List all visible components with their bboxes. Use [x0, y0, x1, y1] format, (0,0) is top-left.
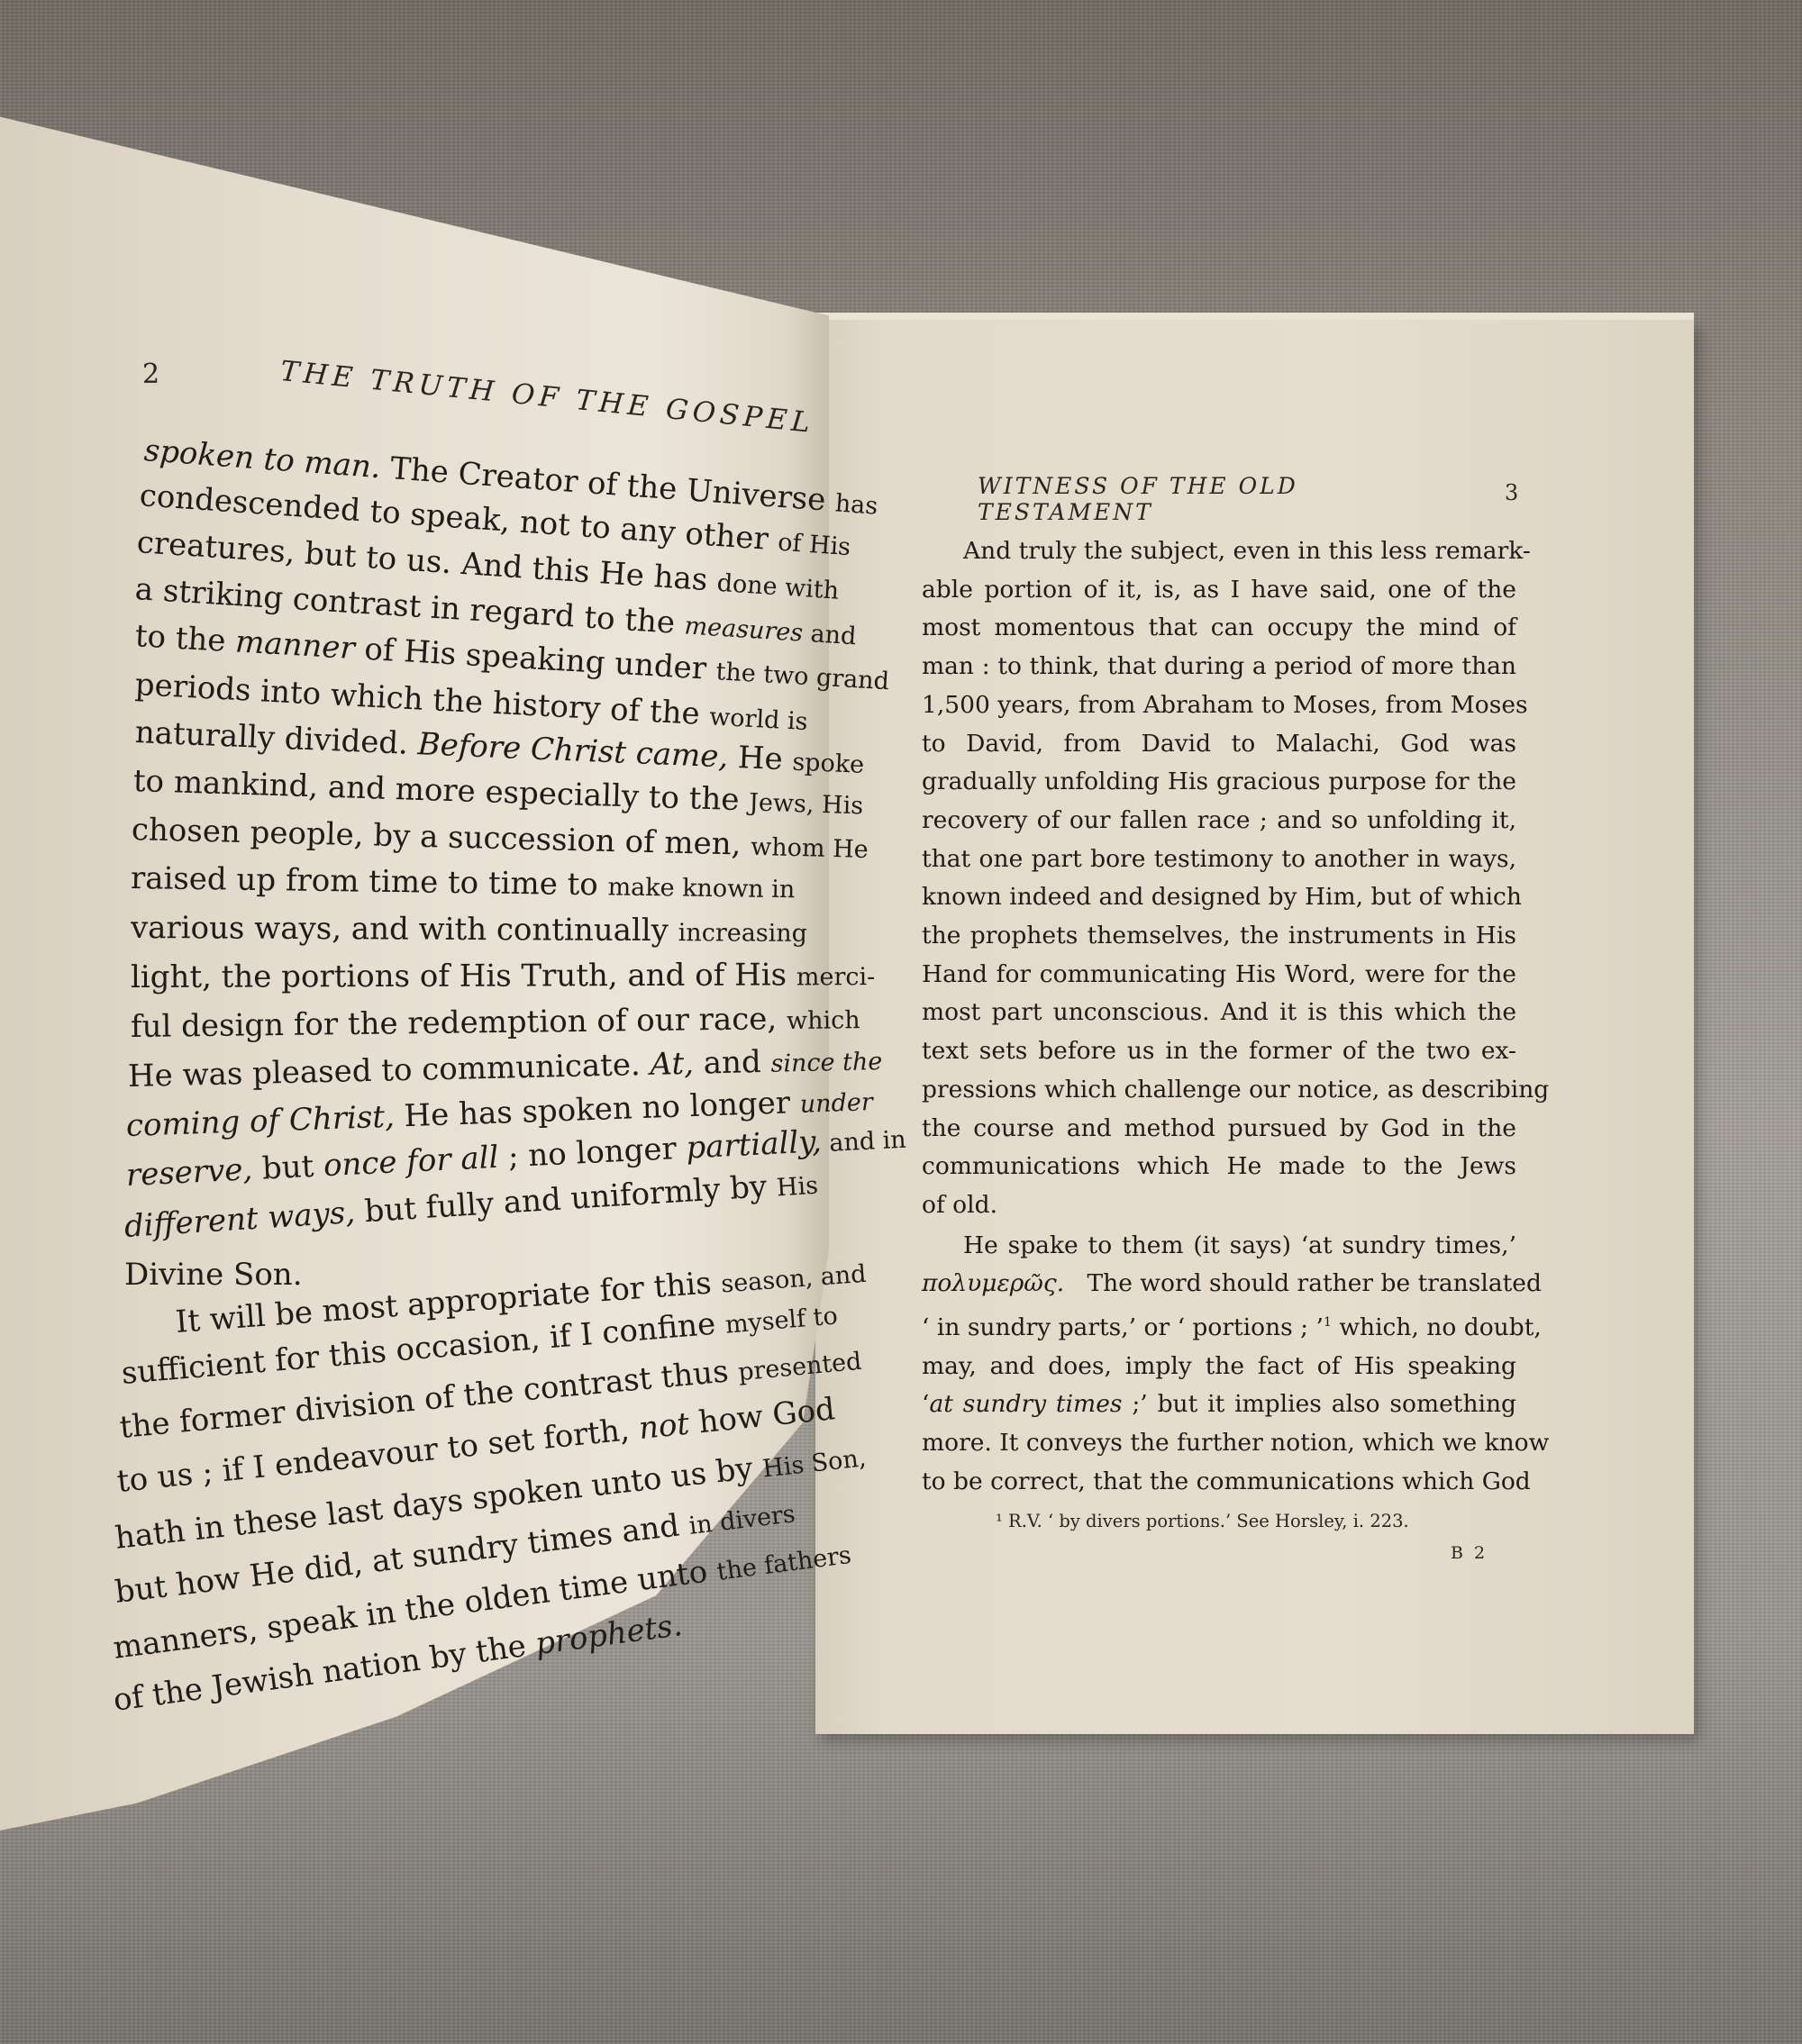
- text-line: the prophets themselves, the instruments…: [922, 917, 1516, 956]
- right-page-body: And truly the subject, even in this less…: [922, 532, 1516, 1501]
- text-line: to David, from David to Malachi, God was: [922, 725, 1516, 764]
- text-line: communications which He made to the Jews: [922, 1148, 1516, 1186]
- text-line: ‘at sundry times ;’ but it implies also …: [922, 1385, 1516, 1424]
- page-top-edge: [815, 313, 1694, 320]
- text-line: He spake to them (it says) ‘at sundry ti…: [922, 1227, 1516, 1266]
- text-line: able portion of it, is, as I have said, …: [922, 571, 1516, 610]
- text-line: that one part bore testimony to another …: [922, 840, 1516, 879]
- text-line: 1,500 years, from Abraham to Moses, from…: [922, 686, 1516, 725]
- left-page: [0, 108, 829, 1838]
- text-line: to be correct, that the communications w…: [922, 1463, 1516, 1502]
- text-line: of old.: [922, 1186, 1516, 1225]
- page-number-right: 3: [1505, 480, 1518, 505]
- text-line: gradually unfolding His gracious purpose…: [922, 763, 1516, 802]
- greek-word: πολυμερῶς.: [922, 1269, 1064, 1297]
- right-page: WITNESS OF THE OLD TESTAMENT 3 And truly…: [815, 320, 1694, 1734]
- text-line: the course and method pursued by God in …: [922, 1110, 1516, 1149]
- text-line: Hand for communicating His Word, were fo…: [922, 956, 1516, 995]
- text-line: pressions which challenge our notice, as…: [922, 1071, 1516, 1110]
- text-line-greek: πολυμερῶς. The word should rather be tra…: [922, 1265, 1516, 1304]
- footnote: ¹ R.V. ‘ by divers portions.’ See Horsle…: [996, 1511, 1409, 1531]
- signature-mark: B 2: [1451, 1543, 1488, 1563]
- text-line: man : to think, that during a period of …: [922, 648, 1516, 686]
- text-line: And truly the subject, even in this less…: [922, 532, 1516, 571]
- text-line: may, and does, imply the fact of His spe…: [922, 1348, 1516, 1386]
- text-line: most part unconscious. And it is this wh…: [922, 994, 1516, 1032]
- italic-phrase: at sundry times: [929, 1390, 1122, 1418]
- text-line: more. It conveys the further notion, whi…: [922, 1424, 1516, 1463]
- footnote-ref: 1: [1324, 1315, 1332, 1330]
- text-line: ‘ in sundry parts,’ or ‘ portions ; ’1 w…: [922, 1304, 1516, 1348]
- running-head-right: WITNESS OF THE OLD TESTAMENT: [978, 473, 1464, 525]
- text-line: most momentous that can occupy the mind …: [922, 609, 1516, 648]
- text-line: text sets before us in the former of the…: [922, 1032, 1516, 1071]
- text-line: known indeed and designed by Him, but of…: [922, 878, 1516, 917]
- text-line: recovery of our fallen race ; and so unf…: [922, 802, 1516, 840]
